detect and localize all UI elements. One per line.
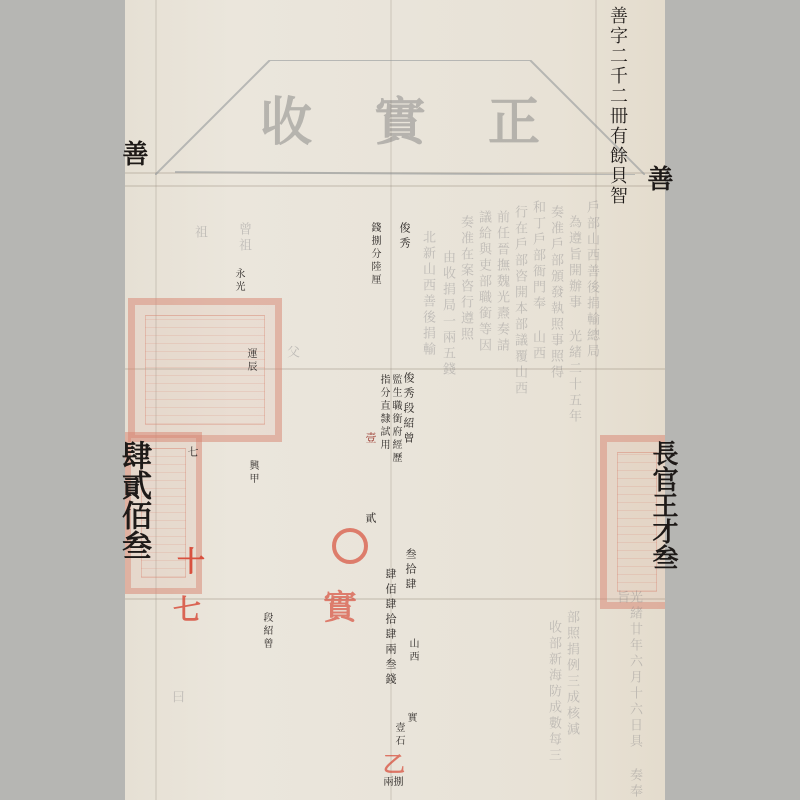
handwritten-count: 壹 xyxy=(365,432,376,447)
red-number-mark: 七 xyxy=(173,588,201,628)
printed-line: 由收捐局一兩五錢 xyxy=(441,250,454,378)
printed-line: 和丁戶部衙門奉 山西 xyxy=(531,200,544,362)
printed-line: 收部新海防成數每三 xyxy=(547,620,560,764)
printed-line: 戶部山西善後捐輸總局 xyxy=(585,200,598,360)
handwritten-province: 山西 xyxy=(407,638,417,664)
printed-line: 奏准戶部頒發執照事照得 xyxy=(549,205,562,381)
handwritten-mark: 實 xyxy=(405,712,415,725)
handwritten-ancestor: 興甲 xyxy=(247,460,257,486)
handwritten-mark: 七 xyxy=(187,446,198,461)
margin-annotation: 善字二千二冊有餘貝智 xyxy=(608,6,626,206)
fold-line xyxy=(125,185,665,187)
handwritten-name: 俊秀 xyxy=(399,222,410,252)
handwritten-ancestor: 永光 xyxy=(233,268,243,294)
handwritten-amount: 肆佰肆拾肆兩叁錢 xyxy=(385,568,396,688)
handwritten-applicant: 俊秀段紹曾 xyxy=(403,372,414,447)
form-label: 祖 xyxy=(193,225,206,241)
document-paper: 正 實 收 戶部山西善後捐輸總局 為遵旨開辦事 光緒二十五年 奏准戶部頒發執照事… xyxy=(125,0,665,800)
printed-line: 光緒廿年六月十六日具 奏奉旨 xyxy=(615,590,641,800)
form-label: 父 xyxy=(285,345,298,361)
red-circle-mark xyxy=(332,528,368,564)
handwritten-detail: 監生職銜府經歷 xyxy=(390,374,400,465)
form-label: 曰 xyxy=(170,690,183,706)
title-char: 收 xyxy=(260,80,312,155)
handwritten-detail: 指分直隸試用 xyxy=(378,374,388,452)
edge-ink-mark: 肆貳佰叁 xyxy=(118,440,148,560)
red-number-mark: 十 xyxy=(177,540,205,580)
handwritten-count: 貳 xyxy=(365,512,376,527)
edge-ink-mark: 善 xyxy=(645,165,671,191)
handwritten-mark: 壹石 xyxy=(393,722,403,748)
handwritten-mark: 捌兩 xyxy=(381,776,401,800)
title-char: 正 xyxy=(488,80,540,155)
red-seal-character: 實 xyxy=(323,580,357,629)
handwritten-name: 段紹曾 xyxy=(261,612,271,651)
printed-line: 為遵旨開辦事 光緒二十五年 xyxy=(567,215,580,425)
document-title: 正 實 收 xyxy=(155,80,645,155)
handwritten-amount: 叁拾肆 xyxy=(405,548,416,593)
edge-ink-mark: 善 xyxy=(120,140,146,166)
handwritten-note: 錢捌分陸厘 xyxy=(369,222,379,287)
printed-line: 奏准在案咨行遵照 xyxy=(459,215,472,343)
printed-line: 前任晉撫魏光燾奏請 xyxy=(495,210,508,354)
printed-line: 北新山西善後捐輸 xyxy=(421,230,434,358)
edge-ink-mark: 長官王才叁 xyxy=(650,440,676,570)
handwritten-ancestor: 運辰 xyxy=(245,348,255,374)
title-char: 實 xyxy=(374,80,426,155)
red-check-mark: 乙 xyxy=(383,748,405,779)
printed-line: 部照捐例三成核減 xyxy=(565,610,578,738)
form-label: 曾祖 xyxy=(237,222,250,254)
printed-line: 行在戶部咨開本部議覆山西 xyxy=(513,205,526,397)
printed-line: 議給與吏部職銜等因 xyxy=(477,210,490,354)
official-seal-stamp xyxy=(128,298,282,442)
